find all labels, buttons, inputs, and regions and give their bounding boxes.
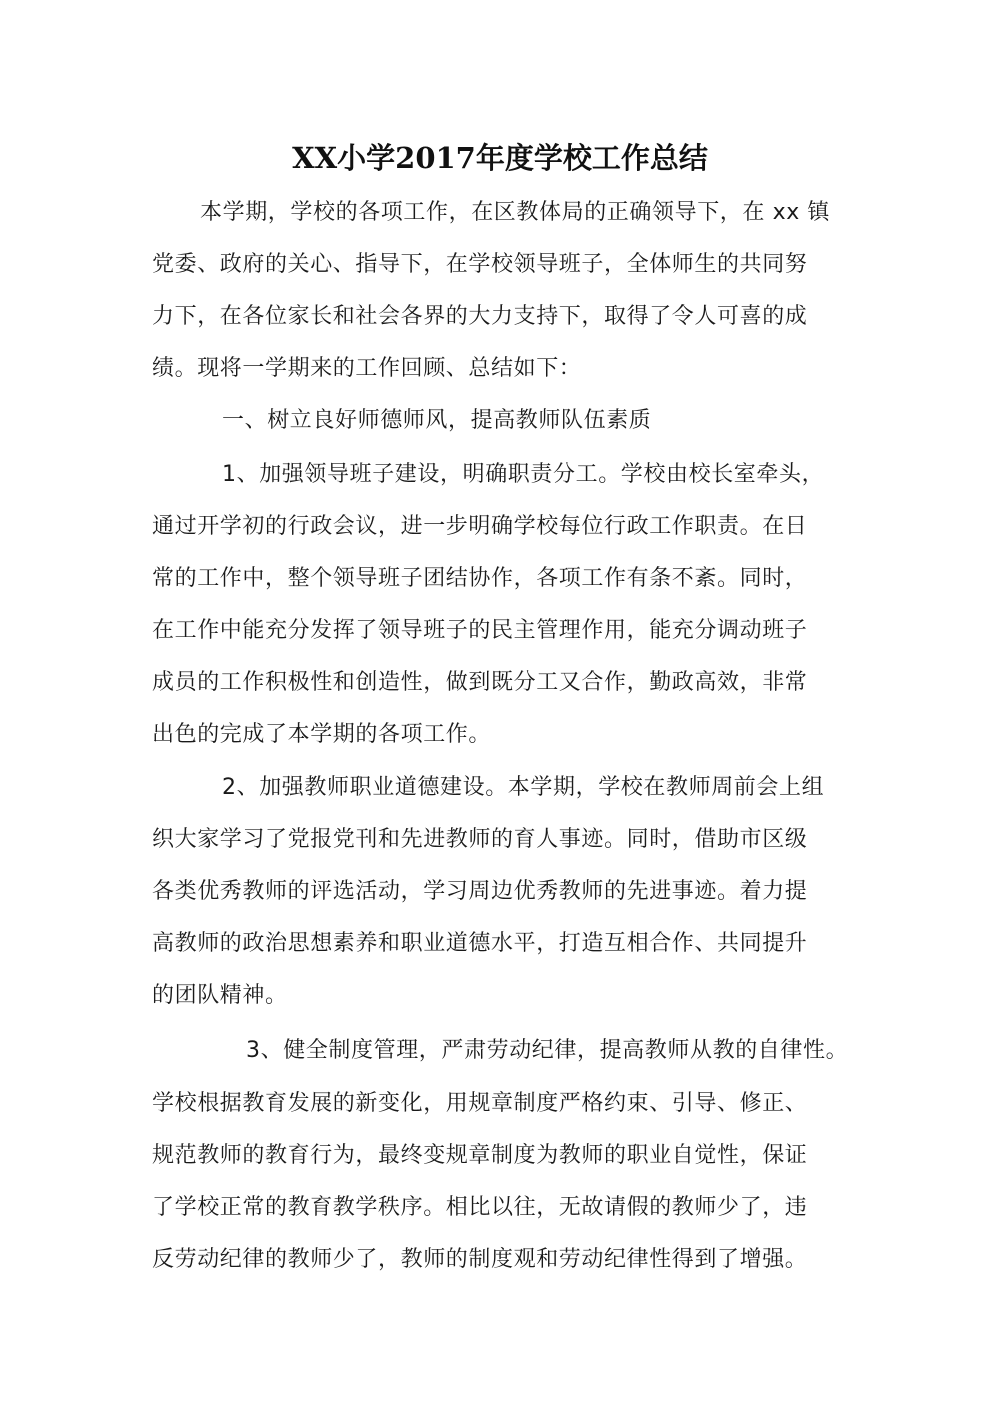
paragraph-line: 高教师的政治思想素养和职业道德水平，打造互相合作、共同提升 [152,929,807,959]
paragraph-line: 本学期，学校的各项工作，在区教体局的正确领导下，在 xx 镇 [200,198,830,228]
paragraph-line: 3、健全制度管理，严肃劳动纪律，提高教师从教的自律性。 [246,1036,848,1066]
paragraph-line: 反劳动纪律的教师少了，教师的制度观和劳动纪律性得到了增强。 [152,1245,807,1275]
document-page: XX小学2017年度学校工作总结 本学期，学校的各项工作，在区教体局的正确领导下… [0,0,1000,1415]
paragraph-line: 常的工作中，整个领导班子团结协作，各项工作有条不紊。同时， [152,564,807,594]
paragraph-line: 党委、政府的关心、指导下，在学校领导班子，全体师生的共同努 [152,250,807,280]
paragraph-line: 在工作中能充分发挥了领导班子的民主管理作用，能充分调动班子 [152,616,807,646]
paragraph-line: 了学校正常的教育教学秩序。相比以往，无故请假的教师少了，违 [152,1193,807,1223]
paragraph-line: 力下，在各位家长和社会各界的大力支持下，取得了令人可喜的成 [152,302,807,332]
paragraph-line: 各类优秀教师的评选活动，学习周边优秀教师的先进事迹。着力提 [152,877,807,907]
section-heading-text: 一、树立良好师德师风，提高教师队伍素质 [222,406,651,436]
document-title: XX小学2017年度学校工作总结 [0,138,1000,178]
paragraph-line: 绩。现将一学期来的工作回顾、总结如下： [152,354,581,384]
paragraph-line: 成员的工作积极性和创造性，做到既分工又合作，勤政高效，非常 [152,668,807,698]
paragraph-line: 1、加强领导班子建设，明确职责分工。学校由校长室牵头， [222,460,824,490]
paragraph-line: 学校根据教育发展的新变化，用规章制度严格约束、引导、修正、 [152,1089,807,1119]
paragraph-line: 的团队精神。 [152,981,288,1011]
paragraph-line: 规范教师的教育行为，最终变规章制度为教师的职业自觉性，保证 [152,1141,807,1171]
paragraph-line: 织大家学习了党报党刊和先进教师的育人事迹。同时，借助市区级 [152,825,807,855]
paragraph-line: 通过开学初的行政会议，进一步明确学校每位行政工作职责。在日 [152,512,807,542]
paragraph-line: 出色的完成了本学期的各项工作。 [152,720,491,750]
paragraph-line: 2、加强教师职业道德建设。本学期，学校在教师周前会上组 [222,773,824,803]
